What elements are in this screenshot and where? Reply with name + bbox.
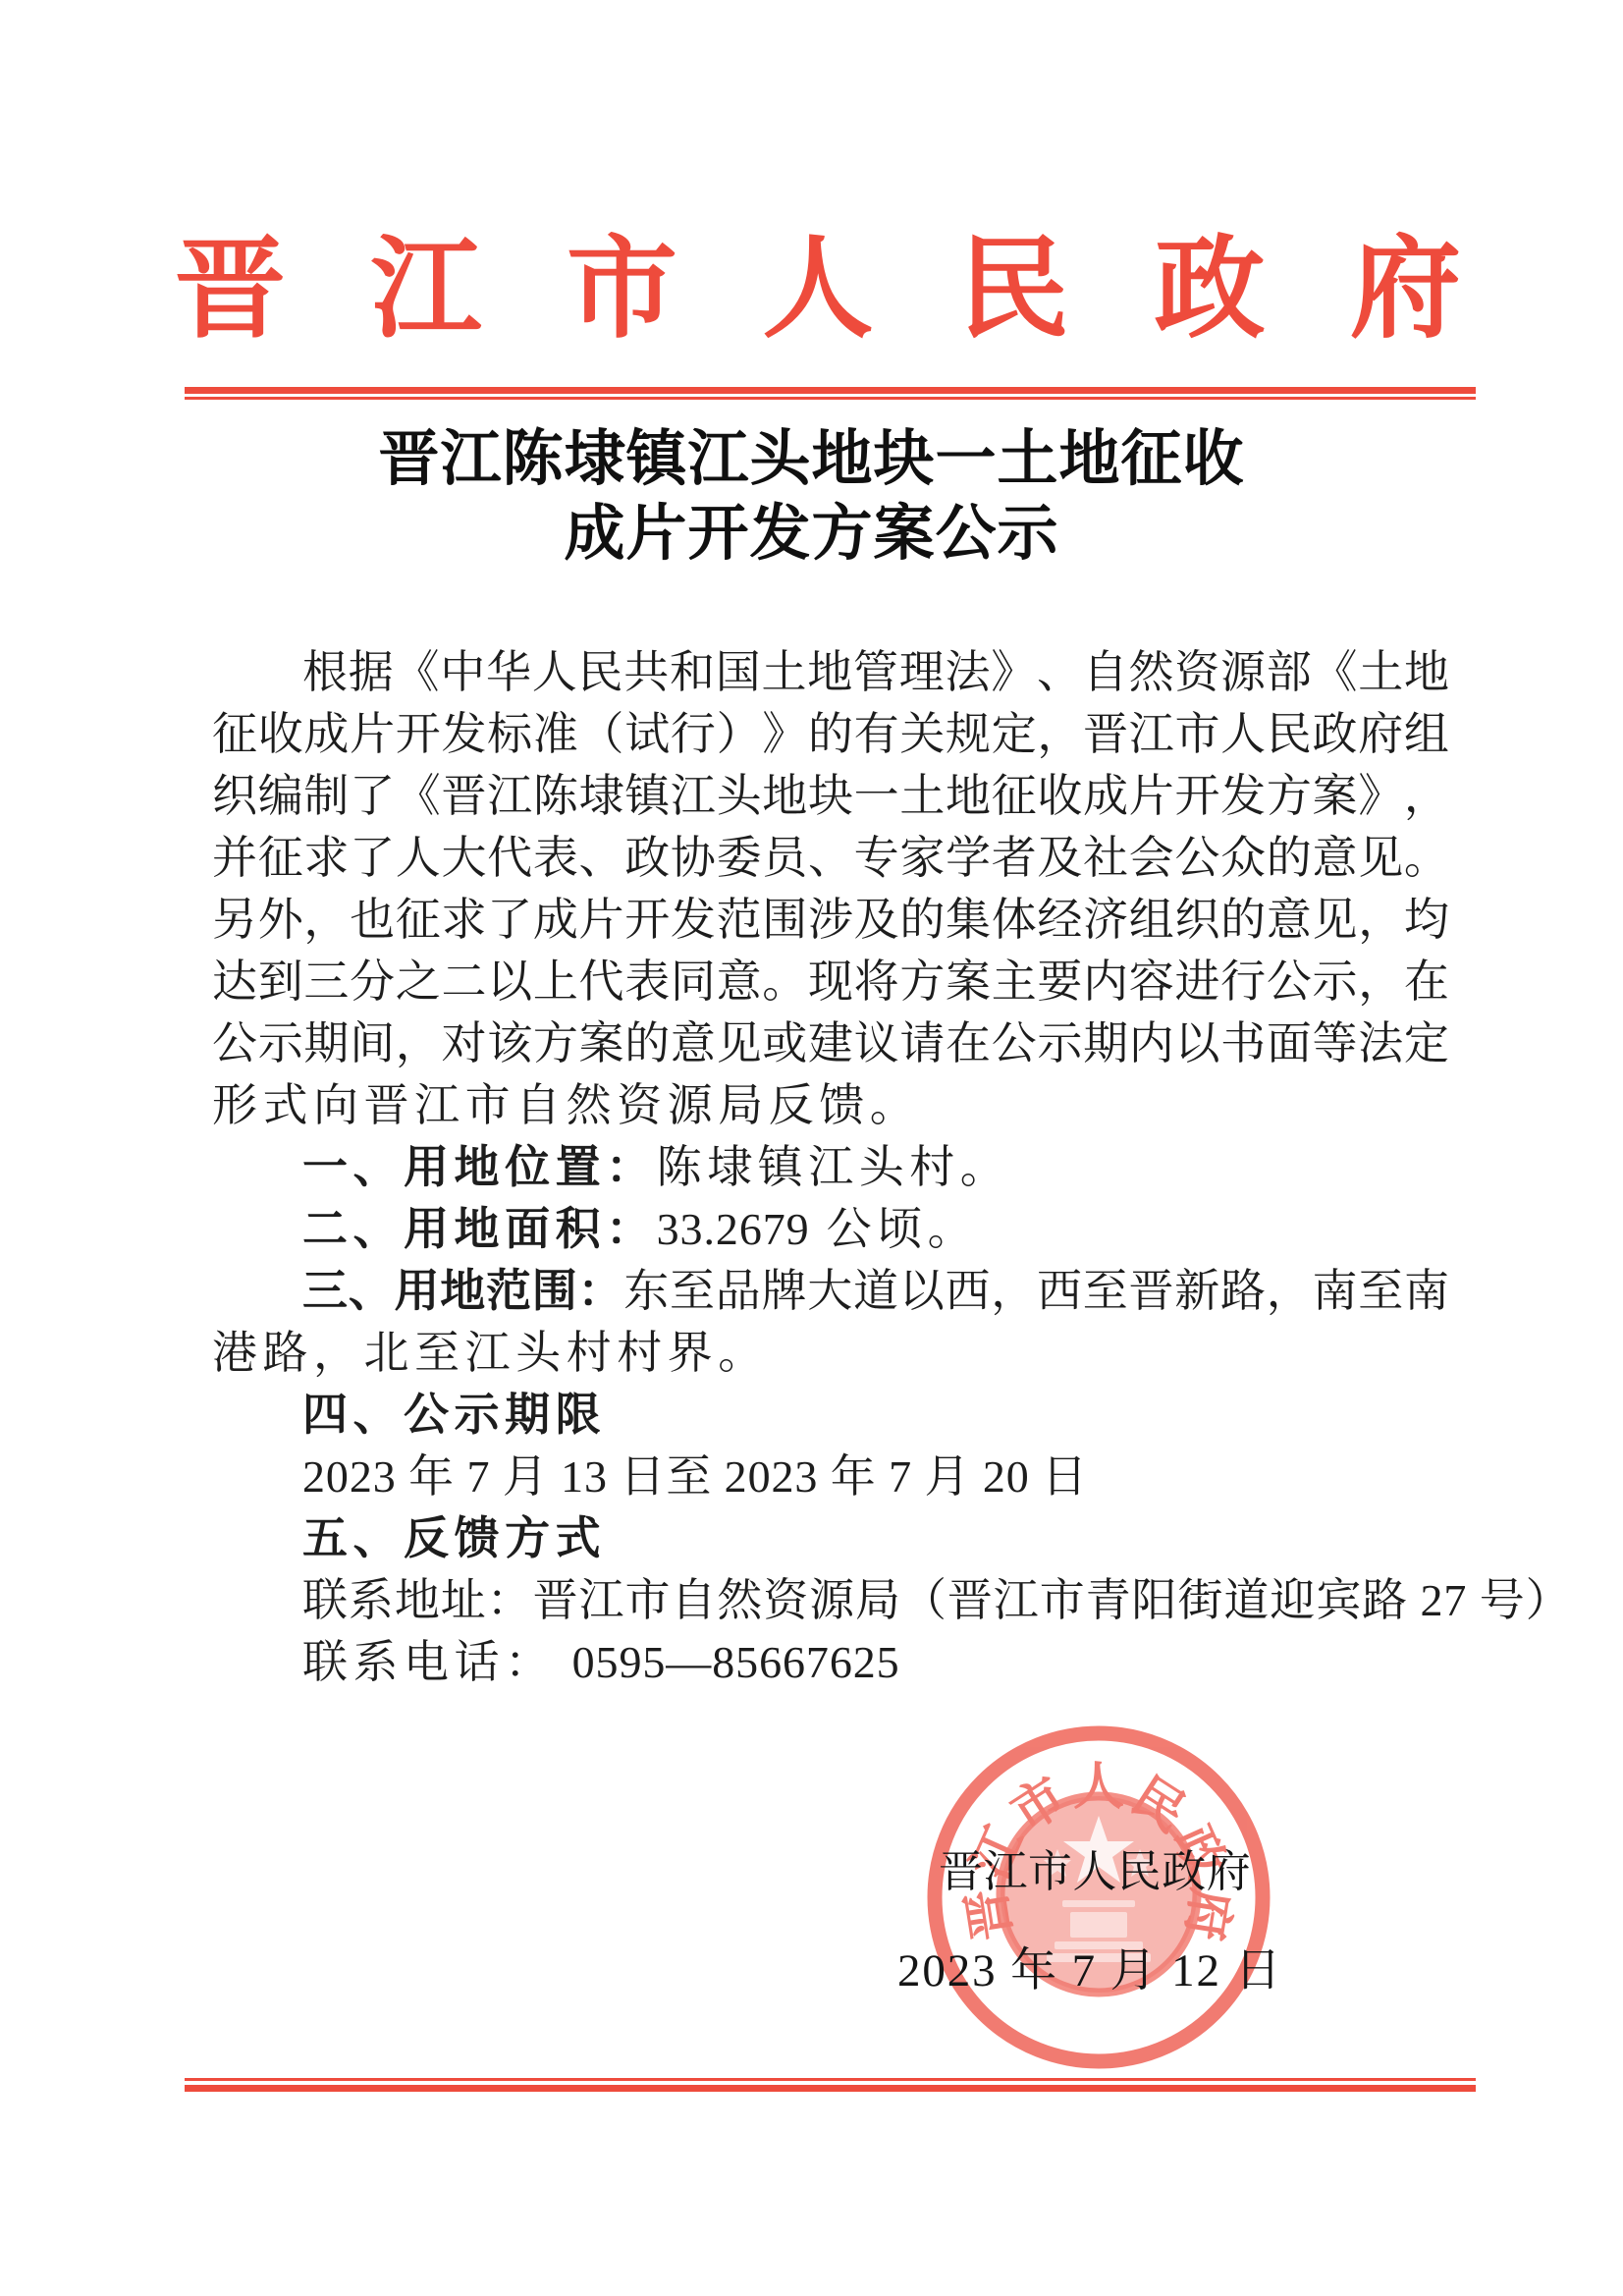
body-line-4: 并征求了人大代表、政协委员、专家学者及社会公众的意见。: [212, 827, 1449, 889]
body-line-2: 征收成片开发标准（试行）》的有关规定，晋江市人民政府组: [212, 703, 1449, 765]
seal-ring: [935, 1733, 1263, 2061]
government-seal: 晋 江 市 人 民 政 府: [927, 1725, 1271, 2069]
letterhead-char: 民: [958, 235, 1069, 346]
official-notice-page: 晋江市人民政府 晋江陈埭镇江头地块一土地征收 成片开发方案公示 根据《中华人民共…: [0, 0, 1623, 2296]
body-line-10: 二、用地面积：33.2679 公顷。: [212, 1198, 1449, 1260]
letterhead-char: 府: [1350, 235, 1461, 346]
body-line-7: 公示期间，对该方案的意见或建议请在公示期内以书面等法定: [212, 1012, 1449, 1074]
body-line-8: 形式向晋江市自然资源局反馈。: [212, 1074, 1449, 1136]
gov-letterhead: 晋江市人民政府: [175, 232, 1461, 348]
header-rule-thick: [185, 387, 1476, 394]
letterhead-char: 市: [567, 235, 677, 346]
body-line-9: 一、用地位置：陈埭镇江头村。: [212, 1136, 1449, 1198]
svg-text:人: 人: [1073, 1760, 1124, 1816]
letterhead-char: 政: [1155, 235, 1266, 346]
body-line-3: 织编制了《晋江陈埭镇江头地块一土地征收成片开发方案》，: [212, 765, 1449, 827]
svg-text:民: 民: [1121, 1768, 1195, 1842]
notice-body: 根据《中华人民共和国土地管理法》、自然资源部《土地征收成片开发标准（试行）》的有…: [212, 641, 1449, 1693]
signature-date: 2023 年 7 月 12 日: [897, 1948, 1282, 1995]
body-line-11: 三、用地范围：东至品牌大道以西，西至晋新路，南至南: [212, 1260, 1449, 1322]
footer-rule-thin: [185, 2078, 1476, 2081]
doc-title-line1: 晋江陈埭镇江头地块一土地征收: [0, 422, 1623, 497]
signature-org: 晋江市人民政府: [939, 1850, 1251, 1894]
body-line-12: 港路，北至江头村村界。: [212, 1322, 1449, 1384]
footer-rule-thick: [185, 2085, 1476, 2092]
letterhead-char: 江: [371, 235, 482, 346]
body-line-13: 四、公示期限: [212, 1384, 1449, 1446]
body-line-14: 2023 年 7 月 13 日至 2023 年 7 月 20 日: [212, 1446, 1449, 1507]
body-line-6: 达到三分之二以上代表同意。现将方案主要内容进行公示，在: [212, 951, 1449, 1012]
header-rule-thin: [185, 397, 1476, 400]
body-line-15: 五、反馈方式: [212, 1507, 1449, 1569]
body-line-17: 联系电话： 0595—85667625: [212, 1631, 1449, 1693]
letterhead-char: 人: [763, 235, 874, 346]
body-line-16: 联系地址：晋江市自然资源局（晋江市青阳街道迎宾路 27 号）: [212, 1569, 1449, 1631]
doc-title: 晋江陈埭镇江头地块一土地征收 成片开发方案公示: [0, 422, 1623, 572]
body-line-1: 根据《中华人民共和国土地管理法》、自然资源部《土地: [212, 641, 1449, 703]
doc-title-line2: 成片开发方案公示: [0, 497, 1623, 572]
letterhead-char: 晋: [175, 235, 286, 346]
body-line-5: 另外，也征求了成片开发范围涉及的集体经济组织的意见，均: [212, 889, 1449, 951]
svg-text:市: 市: [1001, 1768, 1075, 1843]
seal-graphic: 晋 江 市 人 民 政 府: [927, 1725, 1271, 2069]
